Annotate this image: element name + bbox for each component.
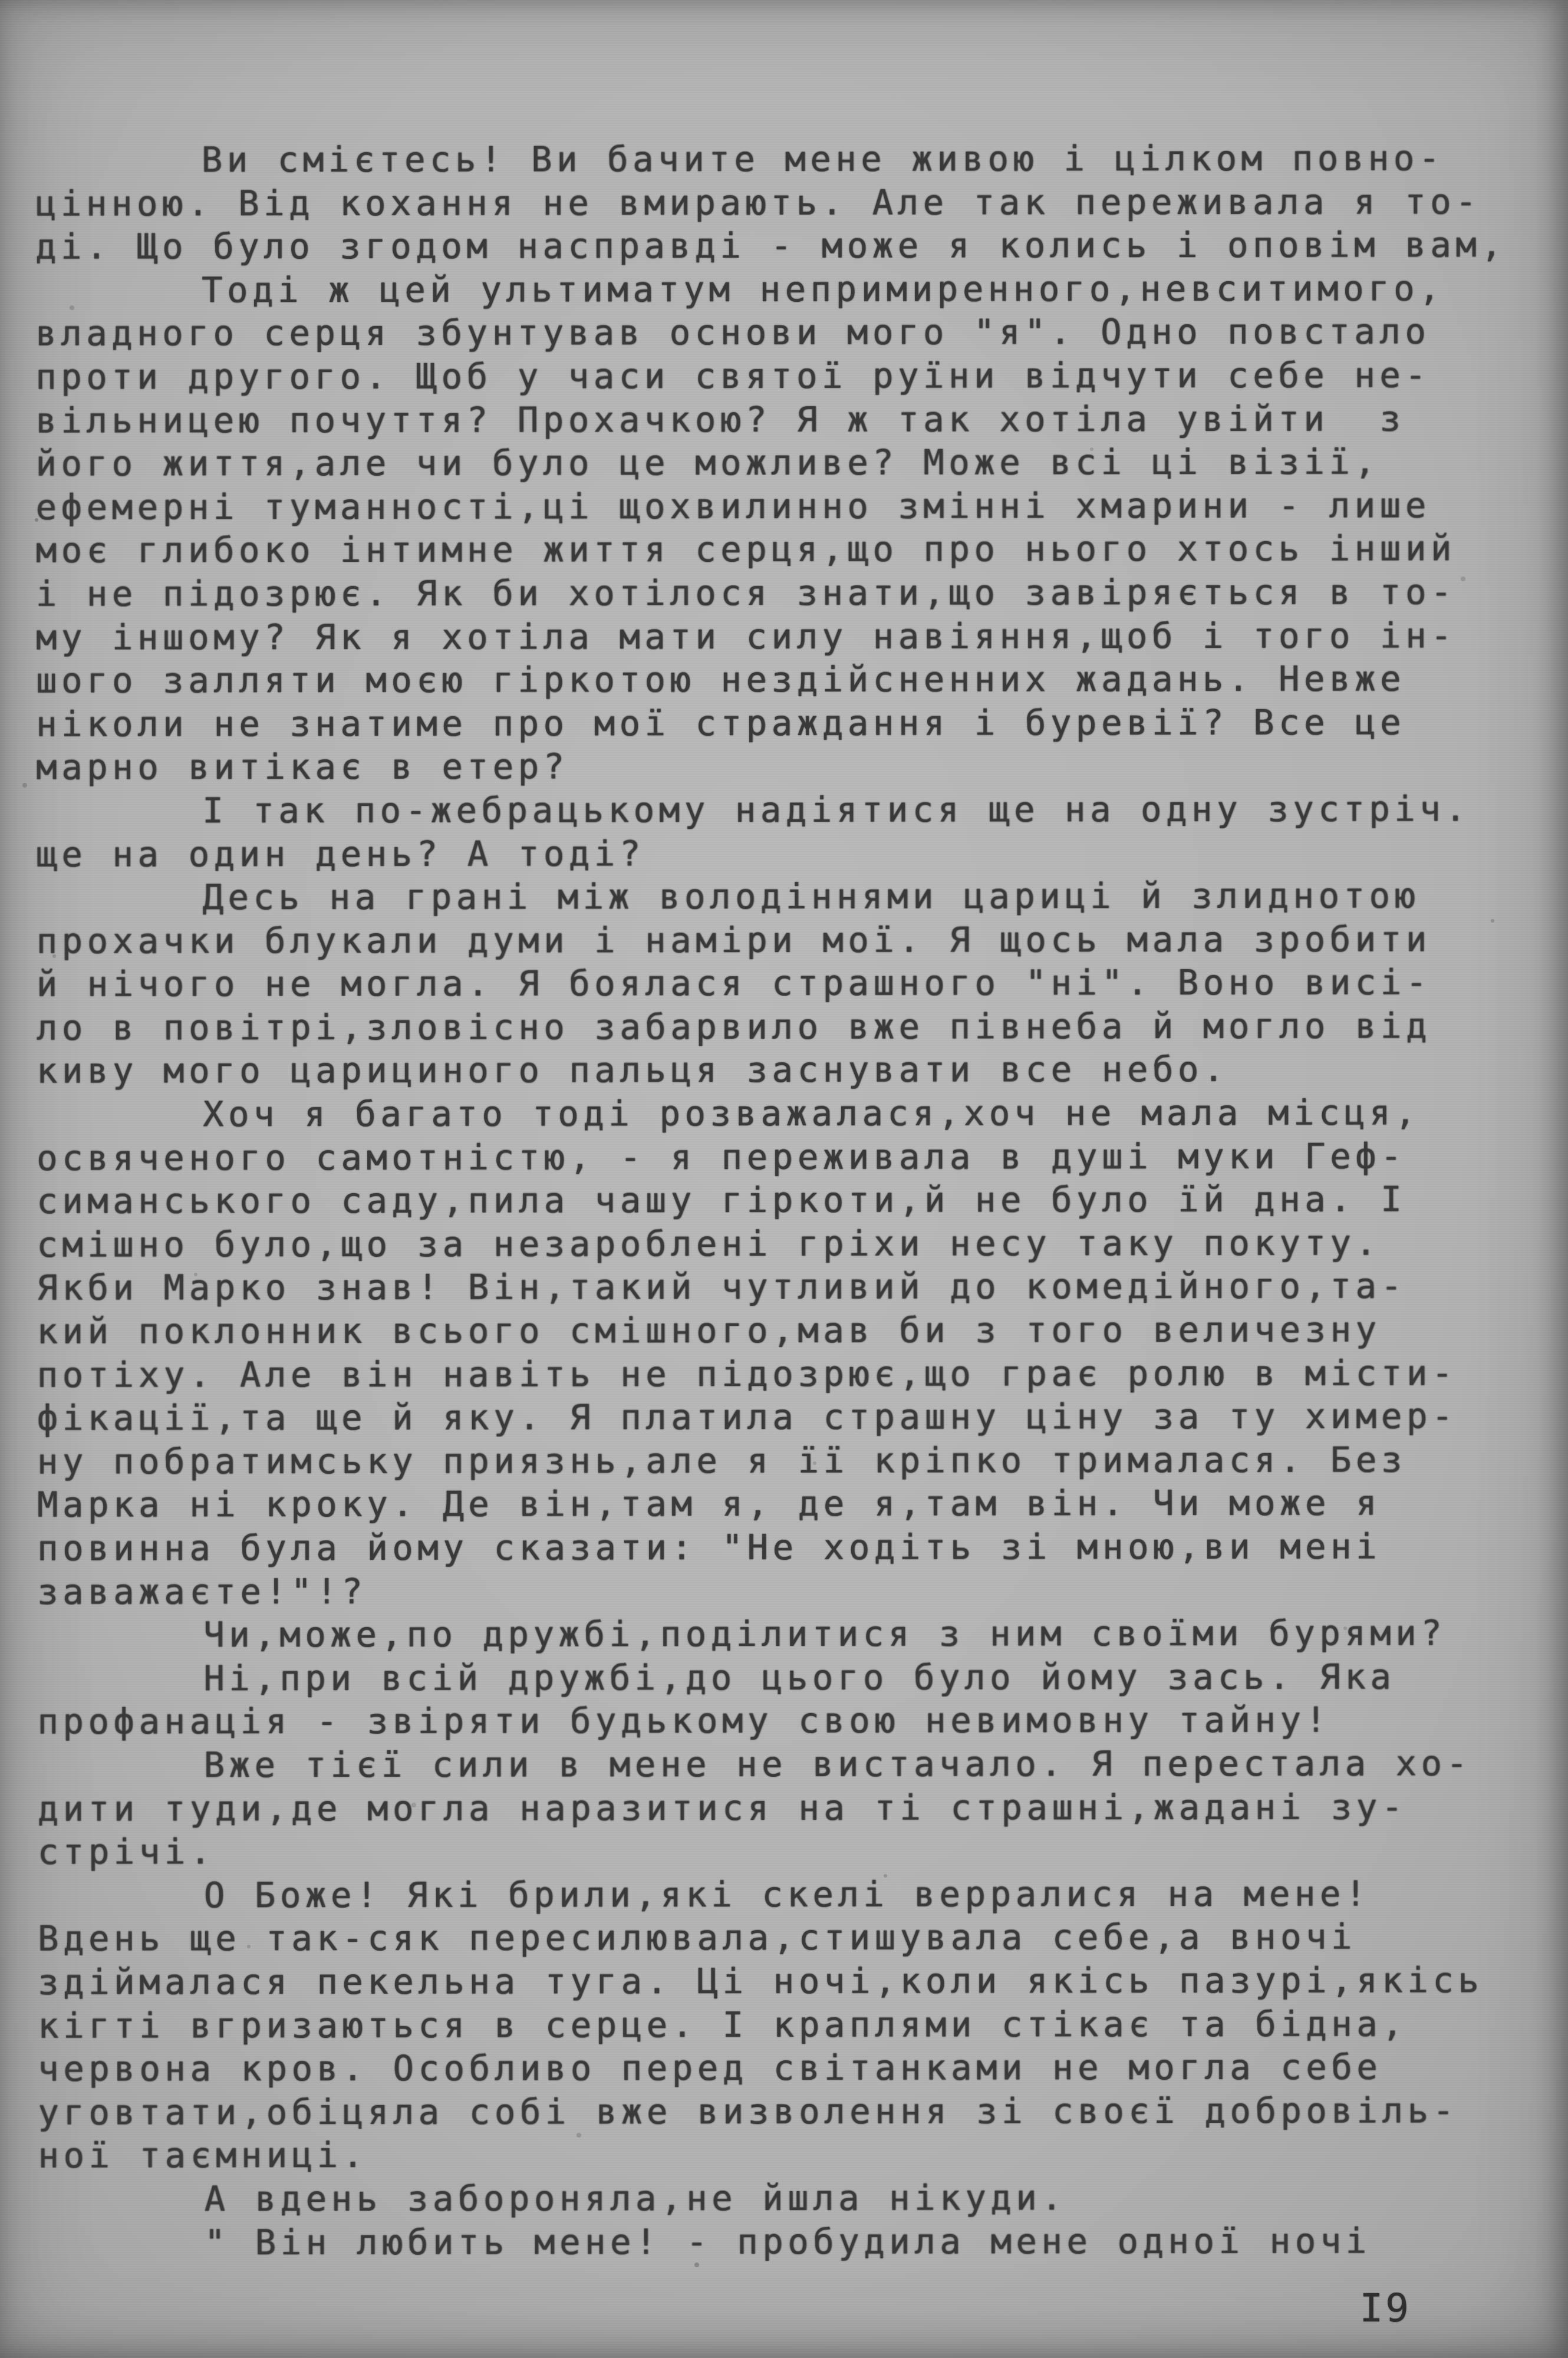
text-line: кий поклонник всього смішного,мав би з т… bbox=[37, 1308, 1534, 1353]
text-line: О Боже! Які брили,які скелі верралися на… bbox=[38, 1872, 1535, 1917]
text-line: киву мого царициного пальця заснувати вс… bbox=[37, 1048, 1534, 1093]
text-line: ще на один день? А тоді? bbox=[36, 831, 1533, 876]
text-line: повинна була йому сказати: "Не ходіть зі… bbox=[37, 1524, 1534, 1570]
text-line: його життя,але чи було це можливе? Може … bbox=[35, 440, 1533, 485]
text-line: фікації,та ще й яку. Я платила страшну ц… bbox=[37, 1394, 1534, 1440]
text-line: ну побратимську приязнь,але я її кріпко … bbox=[37, 1438, 1534, 1483]
text-line: марно витікає в етер? bbox=[36, 744, 1533, 789]
text-line: І так по-жебрацькому надіятися ще на одн… bbox=[36, 787, 1533, 832]
text-line: шого залляти моєю гіркотою нездійсненних… bbox=[36, 657, 1533, 702]
paper-speckles bbox=[0, 0, 2, 2]
text-line: стрічі. bbox=[38, 1828, 1535, 1873]
text-line: ефемерні туманності,ці щохвилинно змінні… bbox=[35, 483, 1533, 529]
text-line: Тоді ж цей ультиматум непримиренного,нев… bbox=[35, 266, 1533, 312]
text-line: ніколи не знатиме про мої страждання і б… bbox=[36, 700, 1533, 746]
text-line: Якби Марко знав! Він,такий чутливий до к… bbox=[37, 1264, 1534, 1310]
text-line: вільницею почуття? Прохачкою? Я ж так хо… bbox=[35, 397, 1533, 442]
text-line: проти другого. Щоб у часи святої руїни в… bbox=[35, 353, 1533, 399]
text-line: Хоч я багато тоді розважалася,хоч не мал… bbox=[37, 1091, 1534, 1136]
text-line: й нічого не могла. Я боялася страшного "… bbox=[37, 961, 1534, 1006]
text-line: уговтати,обіцяла собі вже визволення зі … bbox=[38, 2089, 1535, 2134]
text-line: Ні,при всій дружбі,до цього було йому за… bbox=[37, 1655, 1534, 1700]
text-line: дити туди,де могла наразитися на ті стра… bbox=[38, 1785, 1535, 1830]
page-number: І9 bbox=[1360, 2285, 1411, 2331]
text-line: і не підозрює. Як би хотілося знати,що з… bbox=[36, 570, 1533, 615]
text-line: потіху. Але він навіть не підозрює,що гр… bbox=[37, 1351, 1534, 1397]
text-line: Десь на грані між володіннями цариці й з… bbox=[36, 874, 1533, 919]
text-line: моє глибоко інтимне життя серця,що про н… bbox=[36, 527, 1533, 572]
text-line: профанація - звіряти будькому свою невим… bbox=[37, 1698, 1534, 1744]
text-line: червона кров. Особливо перед світанками … bbox=[38, 2045, 1535, 2090]
text-line: владного серця збунтував основи мого "я"… bbox=[35, 310, 1533, 355]
text-line: Марка ні кроку. Де він,там я, де я,там в… bbox=[37, 1481, 1534, 1527]
typewritten-text-block: Ви смієтесь! Ви бачите мене живою і цілк… bbox=[35, 0, 1535, 2264]
text-line: " Він любить мене! - пробудила мене одно… bbox=[38, 2219, 1536, 2264]
text-line: му іншому? Як я хотіла мати силу навіянн… bbox=[36, 614, 1533, 659]
text-line: освяченого самотністю, - я переживала в … bbox=[37, 1134, 1534, 1180]
text-line: ді. Що було згодом насправді - може я ко… bbox=[35, 223, 1533, 268]
text-line: кігті вгризаються в серце. І краплями ст… bbox=[38, 2002, 1535, 2047]
text-line: заважаєте!"!? bbox=[37, 1568, 1534, 1613]
text-line: прохачки блукали думи і наміри мої. Я що… bbox=[36, 917, 1533, 963]
text-line: здіймалася пекельна туга. Ці ночі,коли я… bbox=[38, 1958, 1535, 2004]
text-line: ної таємниці. bbox=[38, 2132, 1535, 2178]
text-line: А вдень забороняла,не йшла нікуди. bbox=[38, 2175, 1535, 2221]
text-line: смішно було,що за незароблені гріхи несу… bbox=[37, 1221, 1534, 1266]
text-line: Ви смієтесь! Ви бачите мене живою і цілк… bbox=[35, 136, 1533, 182]
text-line: Вже тієї сили в мене не вистачало. Я пер… bbox=[37, 1741, 1534, 1787]
text-line: Вдень ще так-сяк пересилювала,стишувала … bbox=[38, 1915, 1535, 1961]
text-line: цінною. Від кохання не вмирають. Але так… bbox=[35, 180, 1533, 225]
text-line: ло в повітрі,зловісно забарвило вже півн… bbox=[37, 1004, 1534, 1049]
scanned-page: Ви смієтесь! Ви бачите мене живою і цілк… bbox=[0, 0, 1568, 2358]
text-line: Чи,може,по дружбі,поділитися з ним своїм… bbox=[37, 1611, 1534, 1656]
text-line: симанського саду,пила чашу гіркоти,й не … bbox=[37, 1177, 1534, 1223]
